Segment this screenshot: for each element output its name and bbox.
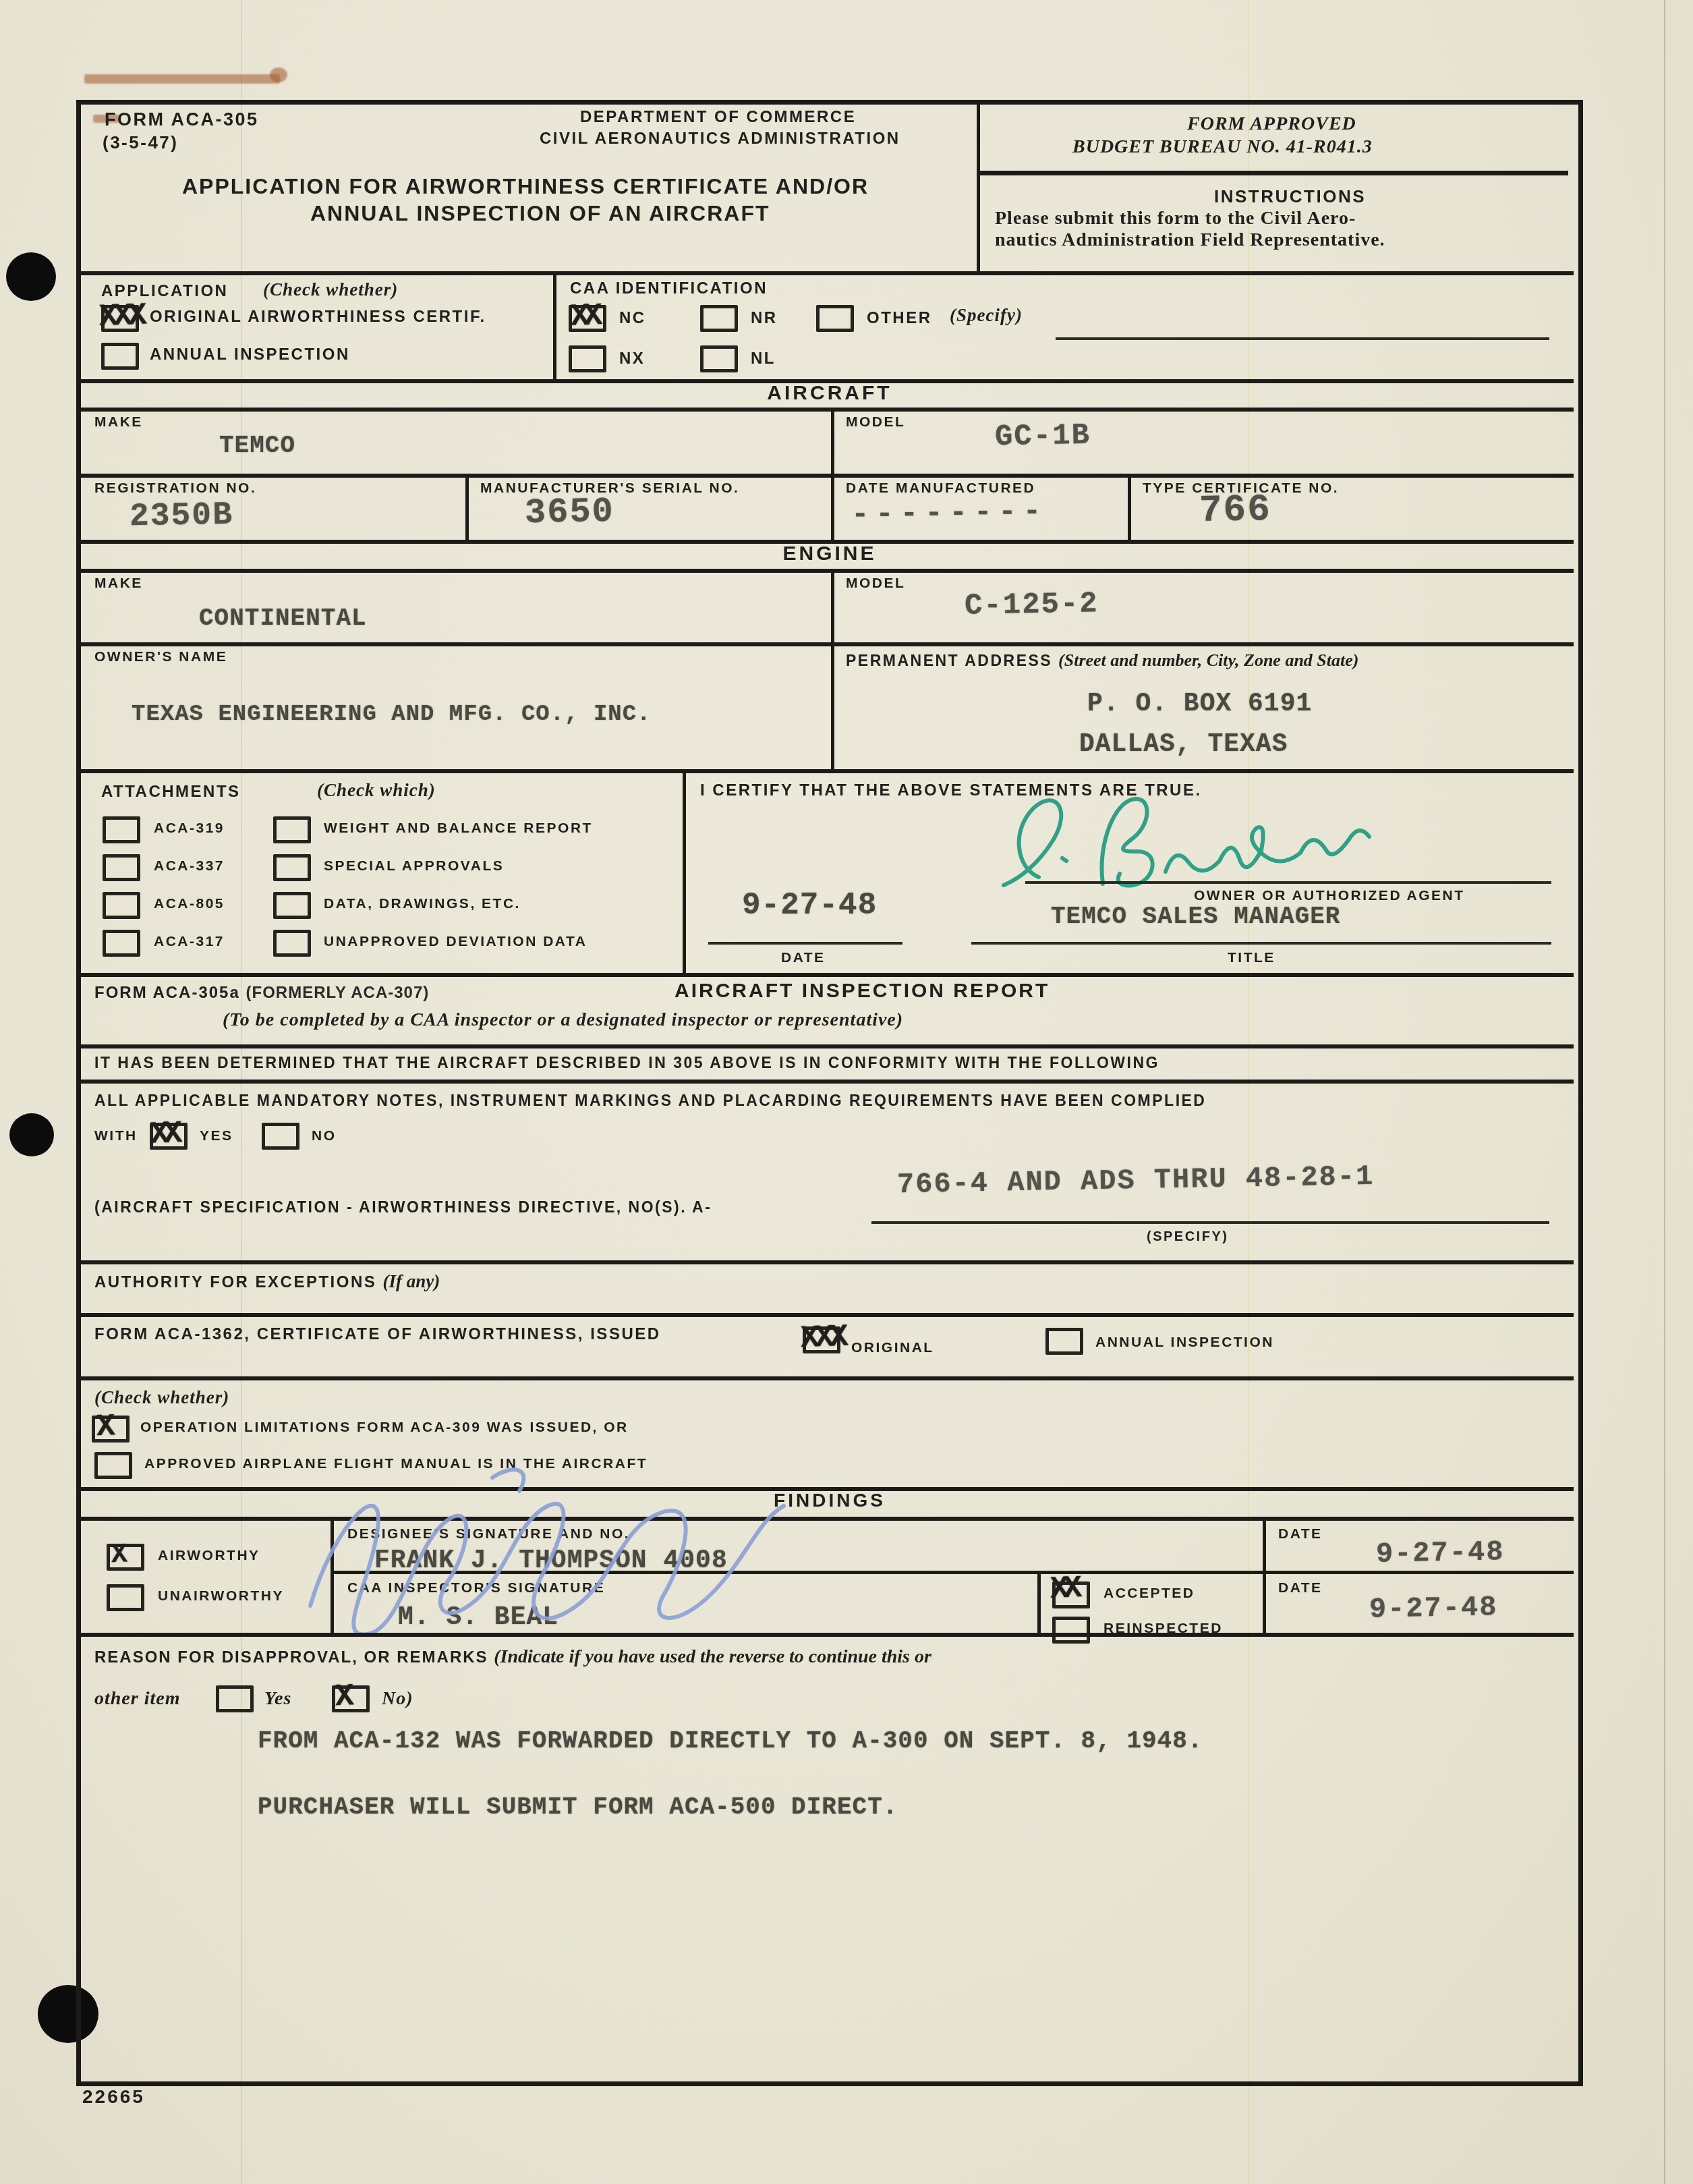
check-mark: XXX — [98, 298, 144, 335]
registration-value: 2350B — [130, 497, 234, 536]
special-approvals-label: SPECIAL APPROVALS — [324, 858, 504, 874]
divider — [76, 1633, 1574, 1637]
check-mark: XXX — [800, 1320, 845, 1356]
punch-hole — [6, 252, 56, 301]
ink-smudge — [84, 74, 280, 84]
checkbox-aca-317[interactable] — [103, 930, 140, 957]
remarks-label-text: REASON FOR DISAPPROVAL, OR REMARKS — [94, 1648, 494, 1667]
form-305a-formerly: (FORMERLY ACA-307) — [246, 984, 429, 1002]
divider — [831, 642, 834, 769]
designee-signature-ink — [270, 1437, 809, 1667]
form-number: FORM ACA-305 — [105, 109, 259, 130]
original-airworthiness-label: ORIGINAL AIRWORTHINESS CERTIF. — [150, 308, 486, 327]
remarks-label-line-1: REASON FOR DISAPPROVAL, OR REMARKS (Indi… — [94, 1646, 931, 1668]
other-specify-line[interactable] — [1056, 337, 1549, 340]
check-mark: X — [111, 1540, 124, 1571]
check-mark: X — [335, 1679, 350, 1715]
divider — [76, 973, 1574, 977]
aircraft-model-label: MODEL — [846, 414, 905, 430]
form-305a-number: FORM ACA-305a — [94, 984, 246, 1002]
application-hint: (Check whether) — [263, 279, 398, 300]
checkbox-complied-yes[interactable]: XX — [150, 1123, 188, 1150]
caa-identification-label: CAA IDENTIFICATION — [570, 279, 768, 298]
serial-value: 3650 — [524, 492, 614, 533]
checkbox-nx[interactable] — [569, 345, 606, 372]
annual-inspection-label: ANNUAL INSPECTION — [150, 345, 350, 364]
divider — [76, 769, 1574, 773]
divider — [831, 474, 834, 540]
certify-date-line[interactable] — [708, 942, 902, 945]
engine-make-label: MAKE — [94, 576, 143, 592]
certify-date-value: 9-27-48 — [742, 888, 877, 923]
accepted-label: ACCEPTED — [1103, 1586, 1195, 1602]
inspection-report-subtitle: (To be completed by a CAA inspector or a… — [223, 1009, 903, 1031]
weight-balance-label: WEIGHT AND BALANCE REPORT — [324, 820, 593, 837]
aircraft-make-label: MAKE — [94, 414, 143, 430]
compliance-statement: ALL APPLICABLE MANDATORY NOTES, INSTRUME… — [94, 1092, 1206, 1110]
aca-337-label: ACA-337 — [154, 858, 225, 874]
instructions-line-1: Please submit this form to the Civil Aer… — [995, 208, 1356, 229]
unairworthy-label: UNAIRWORTHY — [158, 1588, 284, 1604]
form-title-line-2: ANNUAL INSPECTION OF AN AIRCRAFT — [310, 201, 770, 226]
checkbox-aca-319[interactable] — [103, 816, 140, 843]
inspection-report-title: AIRCRAFT INSPECTION REPORT — [675, 980, 1050, 1003]
form-305a-label: FORM ACA-305a (FORMERLY ACA-307) — [94, 984, 429, 1003]
divider — [553, 271, 556, 379]
unapproved-deviation-label: UNAPPROVED DEVIATION DATA — [324, 934, 587, 950]
divider — [76, 1376, 1574, 1380]
check-mark: XX — [570, 298, 598, 334]
authority-label-text: AUTHORITY FOR EXCEPTIONS — [94, 1273, 382, 1291]
aircraft-make-value: TEMCO — [219, 432, 295, 459]
divider — [683, 769, 686, 973]
owner-agent-caption: OWNER OR AUTHORIZED AGENT — [1194, 888, 1465, 904]
inspector-date-value: 9-27-48 — [1369, 1591, 1498, 1625]
ink-smudge — [270, 67, 287, 82]
divider — [465, 474, 469, 540]
airworthy-label: AIRWORTHY — [158, 1548, 260, 1564]
checkbox-unairworthy[interactable] — [107, 1584, 144, 1611]
owner-name-label: OWNER'S NAME — [94, 649, 227, 665]
date-manufactured-label: DATE MANUFACTURED — [846, 480, 1035, 497]
cert-1362-label: FORM ACA-1362, CERTIFICATE OF AIRWORTHIN… — [94, 1325, 661, 1344]
registration-label: REGISTRATION NO. — [94, 480, 256, 497]
checkbox-nl[interactable] — [700, 345, 738, 372]
nc-label: NC — [619, 309, 646, 328]
form-revision: (3-5-47) — [103, 132, 178, 153]
engine-model-value: C-125-2 — [965, 587, 1099, 623]
divider — [76, 271, 1574, 275]
engine-make-value: CONTINENTAL — [199, 605, 367, 632]
other-label: OTHER — [867, 309, 932, 328]
issued-original-label: ORIGINAL — [851, 1340, 934, 1356]
address-label-text: PERMANENT ADDRESS — [846, 652, 1058, 669]
form-approved-line-2: BUDGET BUREAU NO. 41-R041.3 — [1072, 136, 1373, 158]
complied-yes-label: YES — [200, 1128, 233, 1144]
determined-statement: IT HAS BEEN DETERMINED THAT THE AIRCRAFT… — [94, 1054, 1159, 1072]
complied-no-label: NO — [312, 1128, 337, 1144]
checkbox-remarks-no[interactable]: X — [332, 1685, 370, 1712]
paper-crease — [1664, 0, 1665, 2184]
date-manufactured-value: -------- — [851, 495, 1048, 532]
checkbox-weight-balance[interactable] — [273, 816, 311, 843]
instructions-title: INSTRUCTIONS — [1214, 186, 1366, 207]
issued-annual-label: ANNUAL INSPECTION — [1095, 1335, 1274, 1351]
certify-date-label: DATE — [781, 950, 826, 966]
owner-name-value: TEXAS ENGINEERING AND MFG. CO., INC. — [132, 702, 652, 727]
type-certificate-value: 766 — [1199, 488, 1271, 532]
address-hint-text: (Street and number, City, Zone and State… — [1058, 650, 1358, 670]
checkbox-original-airworthiness[interactable]: XXX — [101, 305, 139, 332]
certify-title-label: TITLE — [1228, 950, 1275, 966]
check-whether-hint: (Check whether) — [94, 1387, 229, 1408]
address-line-2: DALLAS, TEXAS — [1079, 730, 1288, 759]
attachments-label: ATTACHMENTS — [101, 783, 241, 802]
spec-directive-line[interactable] — [871, 1221, 1549, 1224]
designee-date-label: DATE — [1278, 1526, 1323, 1542]
aca-319-label: ACA-319 — [154, 820, 225, 837]
divider — [76, 1080, 1574, 1084]
instructions-line-2: nautics Administration Field Representat… — [995, 229, 1385, 251]
divider — [76, 408, 1574, 412]
aca-317-label: ACA-317 — [154, 934, 225, 950]
divider — [76, 474, 1574, 478]
checkbox-nc[interactable]: XX — [569, 305, 606, 332]
nx-label: NX — [619, 349, 645, 368]
checkbox-other[interactable] — [816, 305, 854, 332]
checkbox-operation-limitations[interactable]: X — [92, 1416, 130, 1443]
checkbox-annual-inspection[interactable] — [101, 343, 139, 370]
serial-stamp: 22665 — [82, 2086, 145, 2108]
checkbox-nr[interactable] — [700, 305, 738, 332]
checkbox-reinspected[interactable] — [1052, 1617, 1090, 1644]
data-drawings-label: DATA, DRAWINGS, ETC. — [324, 896, 521, 912]
specify-caption: (SPECIFY) — [1147, 1229, 1228, 1245]
divider — [76, 1044, 1574, 1048]
owner-signature — [992, 783, 1437, 904]
aca-805-label: ACA-805 — [154, 896, 225, 912]
remarks-hint-text: (Indicate if you have used the reverse t… — [494, 1646, 931, 1667]
checkbox-flight-manual[interactable] — [94, 1452, 132, 1479]
owner-signature-line[interactable] — [1025, 881, 1551, 884]
check-mark: X — [96, 1409, 111, 1445]
spec-directive-label: (AIRCRAFT SPECIFICATION - AIRWORTHINESS … — [94, 1198, 712, 1216]
checkbox-aca-337[interactable] — [103, 854, 140, 881]
application-label: APPLICATION — [101, 282, 228, 301]
remarks-line-2: PURCHASER WILL SUBMIT FORM ACA-500 DIREC… — [258, 1793, 898, 1821]
authority-hint-text: (If any) — [382, 1271, 440, 1291]
agency-line-1: DEPARTMENT OF COMMERCE — [580, 108, 856, 127]
divider — [1037, 1573, 1041, 1633]
remarks-yes-label: Yes — [264, 1688, 291, 1710]
check-mark: XX — [150, 1116, 177, 1152]
checkbox-complied-no[interactable] — [262, 1123, 299, 1150]
engine-model-label: MODEL — [846, 576, 905, 592]
divider — [76, 1260, 1574, 1264]
certify-title-line[interactable] — [971, 942, 1551, 945]
divider — [76, 1313, 1574, 1317]
scanned-form-page: FORM ACA-305 (3-5-47) DEPARTMENT OF COMM… — [0, 0, 1693, 2184]
form-title-line-1: APPLICATION FOR AIRWORTHINESS CERTIFICAT… — [182, 174, 869, 199]
other-specify-hint: (Specify) — [950, 305, 1023, 326]
address-line-1: P. O. BOX 6191 — [1087, 690, 1312, 719]
aircraft-model-value: GC-1B — [995, 419, 1091, 454]
divider — [831, 569, 834, 642]
checkbox-special-approvals[interactable] — [273, 854, 311, 881]
attachments-hint: (Check which) — [317, 780, 436, 801]
divider — [831, 408, 834, 474]
divider — [1263, 1517, 1266, 1633]
checkbox-issued-annual[interactable] — [1045, 1328, 1083, 1355]
nl-label: NL — [751, 349, 776, 368]
checkbox-remarks-yes[interactable] — [216, 1685, 254, 1712]
remarks-line-1: FROM ACA-132 WAS FORWARDED DIRECTLY TO A… — [258, 1727, 1203, 1755]
check-mark: XX — [1050, 1571, 1077, 1606]
checkbox-data-drawings[interactable] — [273, 892, 311, 919]
remarks-label-line-2: other item — [94, 1688, 180, 1710]
checkbox-issued-original[interactable]: XXX — [803, 1326, 840, 1353]
owner-title-value: TEMCO SALES MANAGER — [1051, 903, 1340, 930]
designee-date-value: 9-27-48 — [1376, 1536, 1505, 1570]
inspector-date-label: DATE — [1278, 1580, 1323, 1596]
form-approved-line-1: FORM APPROVED — [1187, 113, 1356, 135]
with-label: WITH — [94, 1128, 138, 1144]
remarks-no-label: No) — [382, 1688, 413, 1710]
checkbox-accepted[interactable]: XX — [1052, 1581, 1090, 1608]
authority-exceptions-label: AUTHORITY FOR EXCEPTIONS (If any) — [94, 1271, 440, 1292]
checkbox-airworthy[interactable]: X — [107, 1544, 144, 1571]
divider — [76, 642, 1574, 646]
punch-hole — [9, 1113, 54, 1156]
engine-section-title: ENGINE — [76, 542, 1583, 565]
checkbox-unapproved-deviation[interactable] — [273, 930, 311, 957]
aircraft-section-title: AIRCRAFT — [76, 382, 1583, 405]
operation-limitations-label: OPERATION LIMITATIONS FORM ACA-309 WAS I… — [140, 1420, 629, 1436]
nr-label: NR — [751, 309, 778, 328]
checkbox-aca-805[interactable] — [103, 892, 140, 919]
permanent-address-label: PERMANENT ADDRESS (Street and number, Ci… — [846, 648, 1554, 673]
agency-line-2: CIVIL AERONAUTICS ADMINISTRATION — [540, 130, 900, 148]
divider — [1128, 474, 1131, 540]
divider — [76, 569, 1574, 573]
